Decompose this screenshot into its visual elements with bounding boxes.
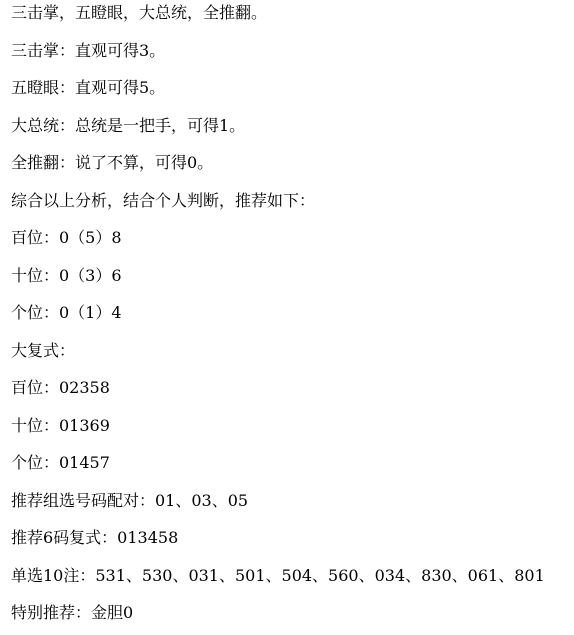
analysis-line-quantuifan: 全推翻：说了不算，可得0。 bbox=[11, 150, 574, 188]
analysis-line-sanjizhang: 三击掌：直观可得3。 bbox=[11, 38, 574, 76]
analysis-line-dazongtong: 大总统：总统是一把手，可得1。 bbox=[11, 113, 574, 151]
six-code-compound-recommendation: 推荐6码复式：013458 bbox=[11, 525, 574, 563]
big-compound-heading: 大复式： bbox=[11, 338, 574, 376]
analysis-line-wudengyan: 五瞪眼：直观可得5。 bbox=[11, 75, 574, 113]
hundreds-position-line: 百位：0（5）8 bbox=[11, 225, 574, 263]
compound-hundreds-line: 百位：02358 bbox=[11, 375, 574, 413]
group-pair-recommendation: 推荐组选号码配对：01、03、05 bbox=[11, 488, 574, 526]
compound-units-line: 个位：01457 bbox=[11, 450, 574, 488]
intro-line: 三击掌，五瞪眼，大总统，全推翻。 bbox=[11, 0, 574, 38]
summary-line: 综合以上分析，结合个人判断，推荐如下： bbox=[11, 188, 574, 226]
special-recommendation-line: 特别推荐：金胆0 bbox=[11, 600, 574, 635]
units-position-line: 个位：0（1）4 bbox=[11, 300, 574, 338]
tens-position-line: 十位：0（3）6 bbox=[11, 263, 574, 301]
article-body: 三击掌，五瞪眼，大总统，全推翻。 三击掌：直观可得3。 五瞪眼：直观可得5。 大… bbox=[0, 0, 574, 635]
compound-tens-line: 十位：01369 bbox=[11, 413, 574, 451]
single-ten-bets-line: 单选10注：531、530、031、501、504、560、034、830、06… bbox=[11, 563, 574, 601]
